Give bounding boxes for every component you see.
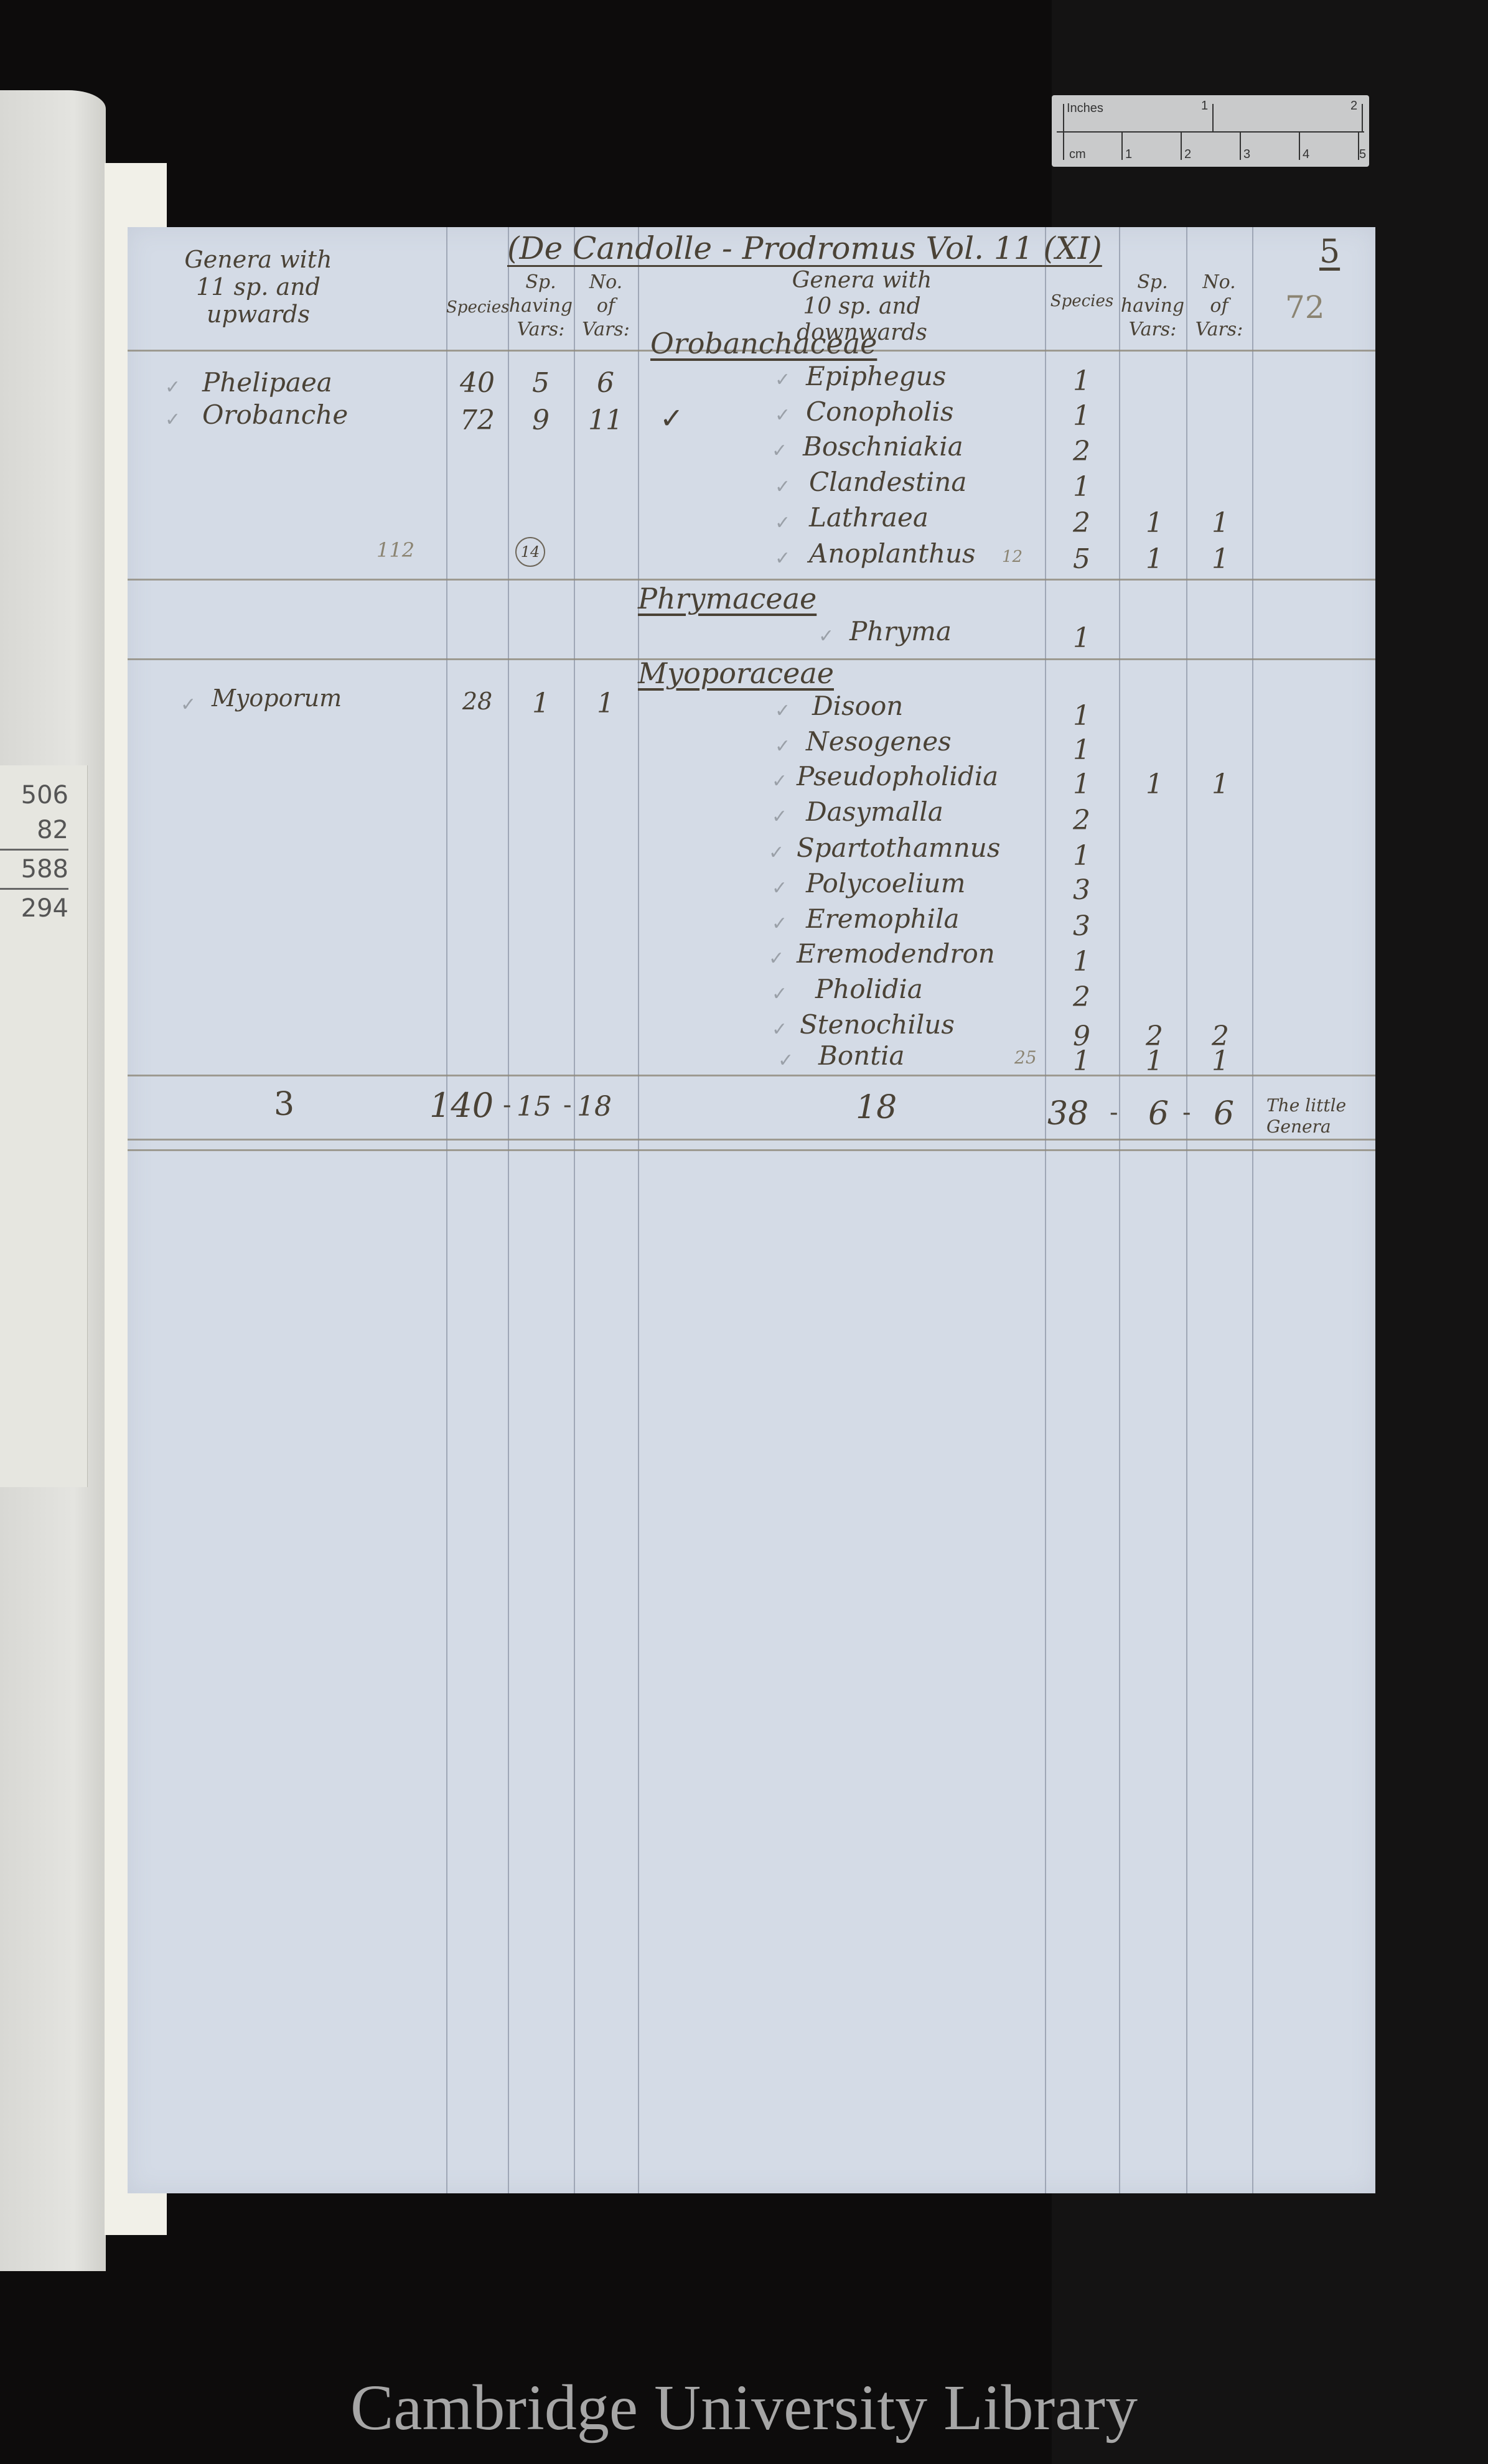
small-genus-name: Eremodendron: [797, 938, 995, 969]
ruler-cm-tick: 1: [1125, 147, 1132, 162]
column-rule: [508, 227, 509, 2193]
small-genus-name: Anoplanthus: [809, 538, 976, 569]
sp-having-vars: 1: [1126, 507, 1182, 539]
right-sp-having-vars-header: Sp. having Vars:: [1119, 271, 1186, 342]
sp-having-vars: 9: [513, 404, 569, 436]
check-mark-icon: ✓: [772, 770, 787, 792]
header-line: Sp.: [1119, 271, 1186, 294]
ruler-axis: [1057, 131, 1364, 133]
no-of-vars: 1: [1192, 768, 1248, 800]
ruler-cm-tick: 3: [1243, 147, 1250, 162]
sp-having-vars: 1: [1126, 543, 1182, 575]
pencil-sum-line: 588: [0, 852, 68, 887]
pencil-rule: [0, 888, 68, 890]
check-mark-icon: ✓: [165, 376, 180, 398]
circled-pencil-note: 14: [515, 537, 545, 567]
species-count: 1: [1054, 840, 1110, 872]
total-small-no-of-vars: 6: [1214, 1095, 1234, 1132]
check-mark-icon: ✓: [772, 913, 787, 935]
small-genus-name: Eremophila: [806, 903, 960, 934]
check-mark-icon: ✓: [818, 625, 834, 647]
pencil-note: 12: [1002, 548, 1022, 566]
totals-rule-top: [128, 1075, 1375, 1076]
column-rule: [574, 227, 575, 2193]
family-heading-phrymaceae: Phrymaceae: [638, 582, 817, 615]
ruler-tick: [1299, 131, 1300, 160]
header-line: 11 sp. and: [165, 273, 352, 301]
totals-note-line: Genera: [1266, 1116, 1346, 1137]
separator-dash: -: [1182, 1098, 1191, 1127]
species-count: 1: [1054, 365, 1110, 397]
species-count: 5: [1054, 543, 1110, 575]
species-count: 3: [1054, 874, 1110, 906]
check-mark-icon: ✓: [775, 512, 790, 534]
header-line: upwards: [165, 301, 352, 328]
total-small-genera-count: 18: [856, 1089, 897, 1126]
header-line: No.: [1186, 271, 1252, 294]
species-count: 1: [1054, 946, 1110, 978]
small-genus-name: Spartothamnus: [797, 833, 1000, 863]
right-no-of-vars-header: No. of Vars:: [1186, 271, 1252, 342]
check-mark-icon: ✓: [772, 877, 787, 899]
total-large-species: 140: [429, 1086, 494, 1125]
ruler-inch-tick: 2: [1350, 99, 1357, 113]
no-of-vars: 6: [578, 367, 634, 399]
check-mark-icon: ✓: [775, 476, 790, 498]
species-count: 72: [449, 404, 505, 436]
header-line: Sp.: [508, 271, 574, 294]
small-genus-name: Epiphegus: [806, 361, 946, 391]
header-line: Vars:: [1119, 318, 1186, 342]
separator-dash: -: [503, 1091, 512, 1119]
no-of-vars: 1: [578, 688, 634, 719]
ruler-tick: [1063, 104, 1064, 160]
small-genus-name: Nesogenes: [806, 726, 952, 757]
left-no-of-vars-header: No. of Vars:: [574, 271, 638, 342]
ruler-cm-label: cm: [1069, 147, 1086, 162]
pencil-subtotal: 112: [377, 538, 414, 562]
page-total-note: 72: [1285, 289, 1325, 325]
species-count: 1: [1054, 471, 1110, 503]
page-number: 5: [1319, 233, 1340, 271]
sp-having-vars: 5: [513, 367, 569, 399]
manuscript-page: Genera with 11 sp. and upwards Species S…: [128, 227, 1375, 2193]
total-large-genera-count: 3: [274, 1086, 294, 1123]
check-mark-icon: ✓: [775, 700, 790, 722]
check-mark-icon: ✓: [180, 694, 196, 716]
header-line: of: [1186, 294, 1252, 318]
header-line: of: [574, 294, 638, 318]
pencil-sums: 506 82 588 294: [0, 778, 81, 926]
totals-rule-double-2: [128, 1149, 1375, 1151]
species-count: 1: [1054, 700, 1110, 732]
species-count: 1: [1054, 1045, 1110, 1077]
ruler-tick: [1212, 104, 1214, 131]
column-rule: [1045, 227, 1046, 2193]
family-heading-orobanchaceae: Orobanchaceae: [650, 327, 877, 360]
sp-having-vars: 1: [1126, 768, 1182, 800]
small-genus-name: Disoon: [812, 691, 903, 721]
column-rule: [1119, 227, 1120, 2193]
species-count: 3: [1054, 910, 1110, 942]
total-small-sp-having-vars: 6: [1148, 1095, 1169, 1132]
check-mark-icon: ✓: [772, 806, 787, 828]
total-small-species: 38: [1047, 1095, 1088, 1132]
header-line: Genera with: [165, 246, 352, 273]
check-mark-icon: ✓: [775, 369, 790, 391]
large-genus-name: Orobanche: [202, 399, 348, 430]
check-mark-icon: ✓: [772, 440, 787, 462]
scale-ruler: Inches 1 2 cm 1 2 3 4 5: [1052, 95, 1369, 167]
species-count: 1: [1054, 400, 1110, 432]
species-count: 2: [1054, 805, 1110, 836]
ruler-inch-tick: 1: [1201, 99, 1208, 113]
no-of-vars: 1: [1192, 1045, 1248, 1077]
species-count: 28: [449, 688, 505, 715]
check-mark-icon: ✓: [660, 401, 684, 435]
ruler-tick: [1362, 104, 1363, 131]
no-of-vars: 11: [578, 404, 634, 436]
totals-note: The little Genera: [1266, 1095, 1346, 1137]
column-rule: [1186, 227, 1187, 2193]
page-title: (De Candolle - Prodromus Vol. 11 (XI): [507, 230, 1102, 266]
small-genus-name: Pseudopholidia: [797, 761, 998, 791]
check-mark-icon: ✓: [772, 1019, 787, 1040]
no-of-vars: 1: [1192, 543, 1248, 575]
header-line: Vars:: [508, 318, 574, 342]
ruler-cm-tick: 2: [1184, 147, 1191, 162]
species-count: 2: [1054, 507, 1110, 539]
pencil-rule: [0, 849, 68, 851]
small-genus-name: Dasymalla: [806, 796, 943, 827]
separator-dash: -: [563, 1091, 572, 1119]
small-genus-name: Boschniakia: [803, 431, 963, 462]
small-genus-name: Pholidia: [815, 974, 923, 1004]
small-genus-name: Lathraea: [809, 502, 929, 533]
library-watermark: Cambridge University Library: [0, 2371, 1488, 2445]
totals-note-line: The little: [1266, 1095, 1346, 1116]
check-mark-icon: ✓: [775, 548, 790, 569]
header-line: having: [508, 294, 574, 318]
check-mark-icon: ✓: [778, 1050, 793, 1071]
pencil-sum-line: 506: [0, 778, 68, 813]
ruler-cm-tick: 5: [1359, 147, 1366, 162]
species-count: 40: [449, 367, 505, 399]
species-count: 1: [1054, 622, 1110, 654]
check-mark-icon: ✓: [165, 409, 180, 431]
check-mark-icon: ✓: [769, 842, 784, 864]
check-mark-icon: ✓: [775, 404, 790, 426]
header-line: 10 sp. and: [756, 294, 968, 320]
no-of-vars: 1: [1192, 507, 1248, 539]
total-large-no-of-vars: 18: [577, 1091, 612, 1122]
species-count: 2: [1054, 981, 1110, 1013]
species-count: 2: [1054, 436, 1110, 467]
small-genus-name: Bontia: [818, 1040, 905, 1071]
column-rule: [638, 227, 639, 2193]
header-line: Genera with: [756, 268, 968, 294]
header-line: Vars:: [574, 318, 638, 342]
species-count: 1: [1054, 734, 1110, 766]
large-genus-name: Phelipaea: [202, 367, 332, 398]
header-line: having: [1119, 294, 1186, 318]
right-species-header: Species: [1045, 289, 1119, 313]
pencil-note: 25: [1014, 1047, 1037, 1068]
check-mark-icon: ✓: [775, 735, 790, 757]
header-line: Vars:: [1186, 318, 1252, 342]
section-rule: [128, 579, 1375, 581]
totals-rule-double-1: [128, 1139, 1375, 1141]
total-large-sp-having-vars: 15: [517, 1091, 551, 1122]
small-genus-name: Phryma: [849, 616, 952, 646]
left-species-header: Species: [446, 296, 508, 319]
check-mark-icon: ✓: [769, 948, 784, 969]
ruler-cm-tick: 4: [1303, 147, 1309, 162]
sp-having-vars: 1: [513, 688, 569, 719]
separator-dash: -: [1110, 1098, 1118, 1127]
small-genus-name: Clandestina: [809, 467, 966, 497]
left-genera-header: Genera with 11 sp. and upwards: [165, 246, 352, 328]
ruler-inches-label: Inches: [1067, 101, 1103, 116]
ruler-tick: [1121, 131, 1123, 160]
check-mark-icon: ✓: [772, 983, 787, 1005]
pencil-sum-line: 82: [0, 813, 68, 847]
column-rule: [446, 227, 447, 2193]
ruler-tick: [1240, 131, 1241, 160]
small-genus-name: Polycoelium: [806, 868, 965, 898]
header-line: No.: [574, 271, 638, 294]
sp-having-vars: 1: [1126, 1045, 1182, 1077]
family-heading-myoporaceae: Myoporaceae: [638, 656, 834, 690]
species-count: 1: [1054, 768, 1110, 800]
small-genus-name: Conopholis: [806, 396, 953, 427]
small-genus-name: Stenochilus: [800, 1009, 955, 1040]
column-rule: [1252, 227, 1253, 2193]
large-genus-name: Myoporum: [212, 684, 342, 712]
left-sp-having-vars-header: Sp. having Vars:: [508, 271, 574, 342]
pencil-sum-line: 294: [0, 891, 68, 926]
ruler-tick: [1181, 131, 1182, 160]
